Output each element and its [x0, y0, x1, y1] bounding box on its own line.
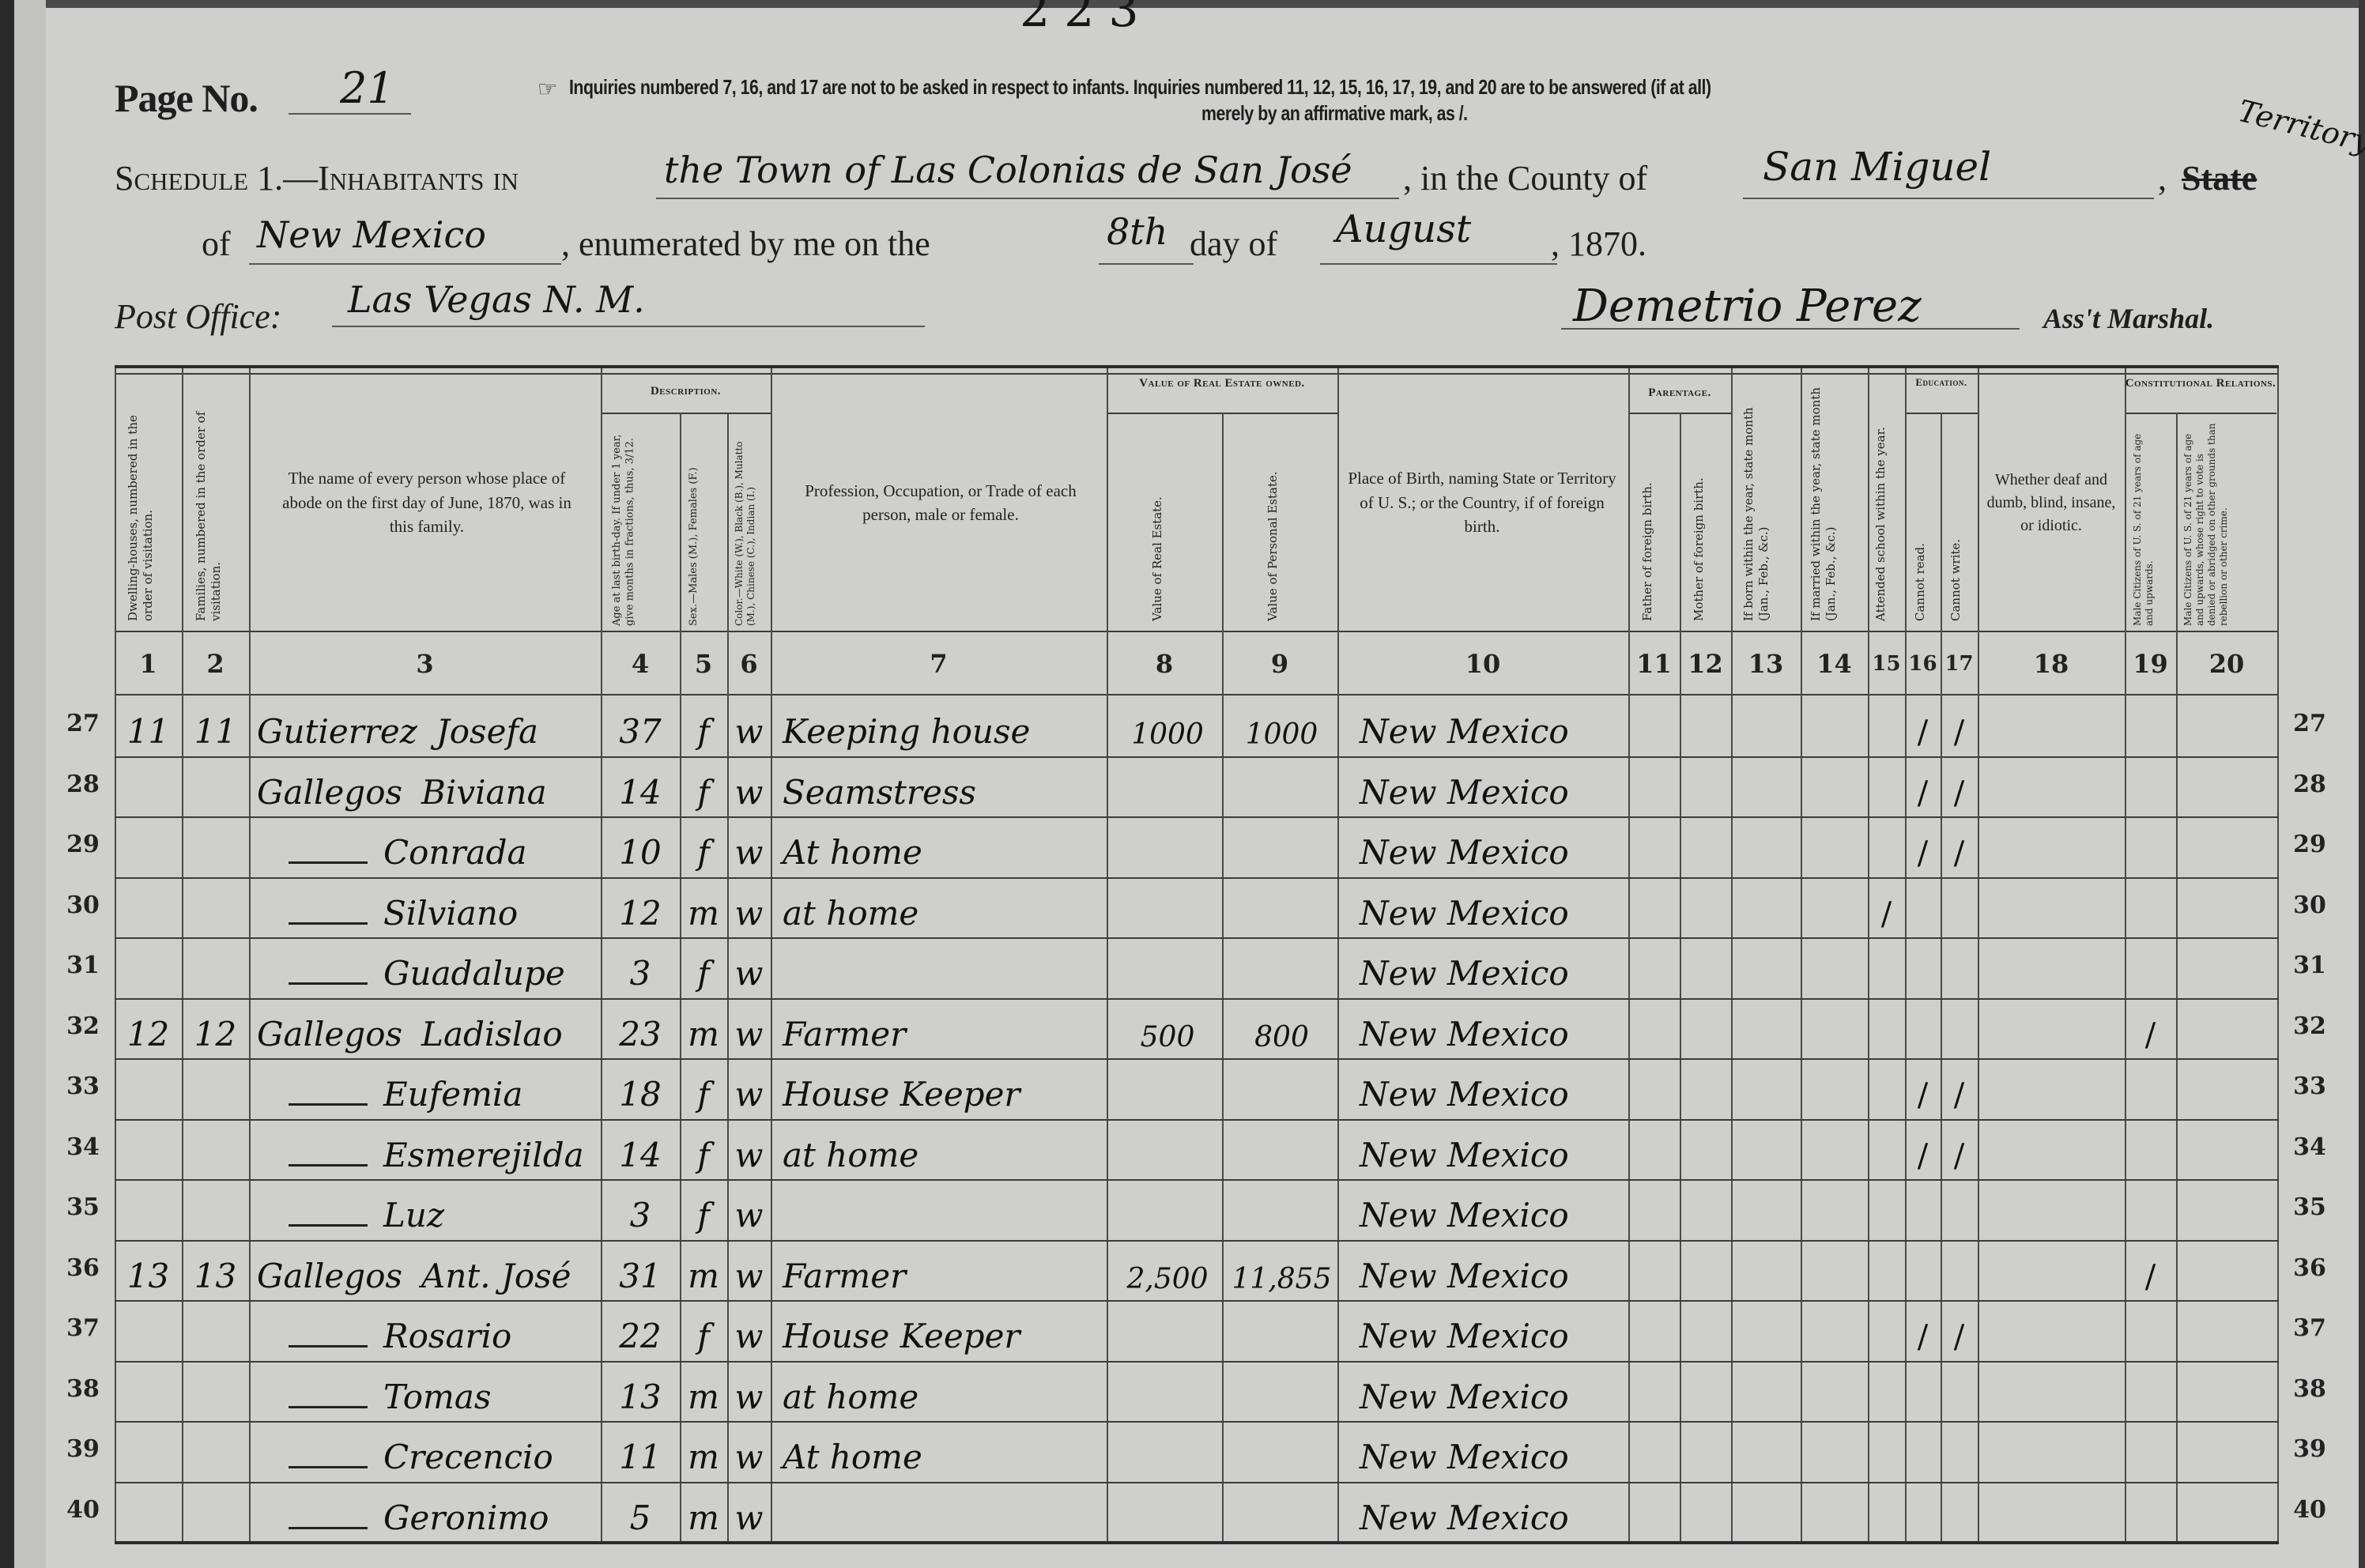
- ditto-mark: [289, 1345, 368, 1347]
- stamp-number: 223: [1020, 0, 1153, 38]
- cell-name: Esmerejilda: [257, 1119, 597, 1179]
- cell-sex: f: [680, 816, 727, 876]
- ditto-mark: [289, 1103, 368, 1106]
- line-number-right: 34: [2286, 1133, 2333, 1161]
- cell-birthplace: New Mexico: [1360, 816, 1628, 876]
- cell-birthplace: New Mexico: [1360, 1058, 1628, 1118]
- column-number: 4: [601, 632, 680, 695]
- col-rule: [1107, 368, 1108, 1543]
- cell-color: w: [727, 1300, 771, 1360]
- cell-birthplace: New Mexico: [1360, 937, 1628, 997]
- cell-occupation: Farmer: [783, 1240, 1107, 1300]
- header-personal-estate: Value of Personal Estate.: [1265, 424, 1297, 621]
- column-number: 5: [680, 632, 727, 695]
- cell-cannot-read: /: [1905, 756, 1941, 816]
- line-number-left: 29: [59, 831, 107, 858]
- cell-real-estate: 1000: [1112, 695, 1223, 756]
- col-rule: [1222, 413, 1224, 1543]
- cell-occupation: at home: [783, 877, 1107, 937]
- header-dwelling: Dwelling-houses, numbered in the order o…: [126, 384, 173, 621]
- post-office-value: Las Vegas N. M.: [348, 278, 645, 321]
- cell-citizen: /: [2125, 1240, 2176, 1300]
- header-occupation: Profession, Occupation, or Trade of each…: [794, 400, 1087, 605]
- col-rule: [2176, 413, 2178, 1543]
- column-number: 2: [182, 632, 249, 695]
- cell-birthplace: New Mexico: [1360, 998, 1628, 1058]
- cell-age: 14: [601, 1119, 680, 1179]
- line-number-left: 40: [59, 1496, 107, 1524]
- column-number: 11: [1628, 632, 1680, 695]
- col-rule: [1801, 368, 1802, 1543]
- cell-family: 12: [182, 998, 249, 1058]
- description-group-rule: [601, 413, 771, 414]
- cell-name: Tomas: [257, 1361, 597, 1421]
- of-label: of: [202, 224, 231, 264]
- page-right-edge: [2359, 0, 2365, 1568]
- cell-birthplace: New Mexico: [1360, 1421, 1628, 1481]
- column-number: 9: [1222, 632, 1337, 695]
- cell-birthplace: New Mexico: [1360, 1361, 1628, 1421]
- cell-cannot-write: /: [1941, 1058, 1978, 1118]
- line-number-left: 32: [59, 1012, 107, 1040]
- header-name: The name of every person whose place of …: [273, 400, 581, 605]
- year-label: , 1870.: [1551, 224, 1646, 264]
- line-number-left: 38: [59, 1375, 107, 1403]
- line-number-left: 33: [59, 1072, 107, 1100]
- surname: Gallegos: [257, 1257, 402, 1295]
- line-number-right: 35: [2286, 1193, 2333, 1221]
- column-number: 16: [1905, 632, 1941, 695]
- header-male-citizens: Male Citizens of U. S. of 21 years of ag…: [2132, 420, 2173, 626]
- surname: Gallegos: [257, 773, 402, 812]
- given-name: Luz: [383, 1196, 444, 1234]
- given-name: Crecencio: [383, 1438, 553, 1476]
- cell-occupation: at home: [783, 1119, 1107, 1179]
- group-education: Education.: [1905, 376, 1978, 389]
- column-number: 12: [1680, 632, 1731, 695]
- given-name: Silviano: [383, 894, 518, 933]
- cell-age: 3: [601, 937, 680, 997]
- comma: ,: [2158, 158, 2167, 198]
- census-table: Description. Value of Real Estate owned.…: [115, 368, 2279, 1543]
- cell-color: w: [727, 1058, 771, 1118]
- cell-color: w: [727, 937, 771, 997]
- given-name: Esmerejilda: [383, 1136, 584, 1174]
- state-struck-label: State: [2182, 158, 2257, 198]
- cell-cannot-write: /: [1941, 1300, 1978, 1360]
- cell-age: 37: [601, 695, 680, 756]
- line-number-right: 39: [2286, 1435, 2333, 1463]
- col-rule: [249, 368, 251, 1543]
- cell-name: Gutierrez Josefa: [257, 695, 597, 756]
- page-number-label: Page No.: [115, 75, 258, 121]
- column-number: 10: [1337, 632, 1628, 695]
- state-value: New Mexico: [257, 213, 486, 256]
- given-name: Josefa: [436, 712, 538, 751]
- cell-age: 10: [601, 816, 680, 876]
- cell-age: 31: [601, 1240, 680, 1300]
- cell-dwelling: 11: [115, 695, 182, 756]
- cell-age: 12: [601, 877, 680, 937]
- line-number-left: 30: [59, 891, 107, 919]
- cell-birthplace: New Mexico: [1360, 1179, 1628, 1239]
- cell-age: 3: [601, 1179, 680, 1239]
- column-number: 8: [1107, 632, 1222, 695]
- schedule-label: Schedule 1.—Inhabitants in: [115, 158, 519, 198]
- given-name: Guadalupe: [383, 954, 565, 993]
- cell-age: 23: [601, 998, 680, 1058]
- given-name: Geronimo: [383, 1498, 549, 1537]
- marshal-signature: Demetrio Perez: [1573, 281, 1922, 332]
- ditto-mark: [289, 1224, 368, 1227]
- cell-cannot-write: /: [1941, 1119, 1978, 1179]
- cell-sex: f: [680, 1179, 727, 1239]
- cell-sex: f: [680, 1119, 727, 1179]
- table-top-rule: [115, 365, 2279, 368]
- column-number: 13: [1731, 632, 1801, 695]
- cell-birthplace: New Mexico: [1360, 1482, 1628, 1542]
- cell-color: w: [727, 756, 771, 816]
- post-office-label: Post Office:: [115, 296, 281, 337]
- cell-age: 14: [601, 756, 680, 816]
- instructions-line-1: Inquiries numbered 7, 16, and 17 are not…: [569, 75, 1711, 100]
- cell-occupation: At home: [783, 1421, 1107, 1481]
- ditto-mark: [289, 982, 368, 985]
- cell-dwelling: 13: [115, 1240, 182, 1300]
- header-sex: Sex.—Males (M.), Females (F.): [688, 420, 723, 626]
- ditto-mark: [289, 1466, 368, 1468]
- cell-birthplace: New Mexico: [1360, 1300, 1628, 1360]
- cell-name: Silviano: [257, 877, 597, 937]
- col-rule: [2277, 368, 2279, 1543]
- line-number-left: 36: [59, 1254, 107, 1282]
- line-number-right: 27: [2286, 710, 2333, 737]
- given-name: Rosario: [383, 1317, 511, 1355]
- given-name: Eufemia: [383, 1075, 522, 1114]
- cell-name: Gallegos Ladislao: [257, 998, 597, 1058]
- line-number-left: 35: [59, 1193, 107, 1221]
- line-number-left: 27: [59, 710, 107, 737]
- cell-birthplace: New Mexico: [1360, 1240, 1628, 1300]
- column-number: 19: [2125, 632, 2176, 695]
- cell-color: w: [727, 1482, 771, 1542]
- locality-value: the Town of Las Colonias de San José: [664, 149, 1352, 191]
- signature-underline: [1561, 328, 2020, 330]
- cell-sex: m: [680, 1240, 727, 1300]
- cell-dwelling: 12: [115, 998, 182, 1058]
- cell-name: Gallegos Ant. José: [257, 1240, 597, 1300]
- col-rule: [1337, 368, 1339, 1543]
- line-number-right: 33: [2286, 1072, 2333, 1100]
- header-attended-school: Attended school within the year.: [1873, 384, 1901, 621]
- column-number: 3: [249, 632, 601, 695]
- line-number-right: 32: [2286, 1012, 2333, 1040]
- cell-personal-estate: 11,855: [1226, 1240, 1337, 1300]
- cell-family: 11: [182, 695, 249, 756]
- col-rule: [1680, 413, 1681, 1543]
- cell-occupation: House Keeper: [783, 1058, 1107, 1118]
- cell-real-estate: 2,500: [1112, 1240, 1223, 1300]
- cell-occupation: House Keeper: [783, 1300, 1107, 1360]
- day-value: 8th: [1107, 210, 1167, 253]
- given-name: Biviana: [421, 773, 547, 812]
- cell-cannot-read: /: [1905, 1058, 1941, 1118]
- column-number: 7: [771, 632, 1107, 695]
- table-top-rule-2: [115, 373, 2279, 375]
- cell-sex: f: [680, 756, 727, 816]
- line-number-right: 29: [2286, 831, 2333, 858]
- cell-personal-estate: 1000: [1226, 695, 1337, 756]
- cell-color: w: [727, 1179, 771, 1239]
- cell-name: Geronimo: [257, 1482, 597, 1542]
- cell-sex: f: [680, 695, 727, 756]
- cell-birthplace: New Mexico: [1360, 877, 1628, 937]
- cell-color: w: [727, 998, 771, 1058]
- column-number: 14: [1801, 632, 1868, 695]
- header-real-estate: Value of Real Estate.: [1150, 424, 1182, 621]
- locality-underline: [656, 198, 1399, 199]
- header-cannot-read: Cannot read.: [1913, 424, 1937, 621]
- line-number-right: 28: [2286, 771, 2333, 798]
- cell-sex: f: [680, 937, 727, 997]
- cell-sex: m: [680, 1482, 727, 1542]
- enumerated-label: , enumerated by me on the: [561, 224, 930, 264]
- cell-real-estate: 500: [1112, 998, 1223, 1058]
- header-mother-foreign: Mother of foreign birth.: [1692, 424, 1723, 621]
- cell-birthplace: New Mexico: [1360, 756, 1628, 816]
- col-rule: [1905, 368, 1907, 1543]
- column-number: 15: [1868, 632, 1905, 695]
- page-number-underline: [289, 113, 411, 115]
- cell-cannot-read: /: [1905, 816, 1941, 876]
- header-age: Age at last birth-day. If under 1 year, …: [611, 420, 674, 626]
- cell-cannot-write: /: [1941, 756, 1978, 816]
- constitutional-group-rule: [2125, 413, 2276, 414]
- cell-name: Crecencio: [257, 1421, 597, 1481]
- given-name: Conrada: [383, 833, 527, 872]
- line-number-right: 36: [2286, 1254, 2333, 1282]
- marshal-label: Ass't Marshal.: [2043, 302, 2214, 335]
- cell-age: 18: [601, 1058, 680, 1118]
- given-name: Ant. José: [421, 1257, 571, 1295]
- cell-occupation: At home: [783, 816, 1107, 876]
- cell-color: w: [727, 1421, 771, 1481]
- instructions-line-2: merely by an affirmative mark, as /.: [1201, 101, 1468, 126]
- cell-color: w: [727, 1119, 771, 1179]
- page-binding-edge: [0, 0, 14, 1568]
- cell-color: w: [727, 1240, 771, 1300]
- cell-school: /: [1868, 877, 1905, 937]
- month-value: August: [1336, 207, 1471, 251]
- header-family: Families, numbered in the order of visit…: [194, 384, 241, 621]
- group-real-estate: Value of Real Estate owned.: [1107, 376, 1337, 390]
- col-rule: [771, 368, 772, 1543]
- cell-sex: m: [680, 998, 727, 1058]
- column-number: 17: [1941, 632, 1978, 695]
- county-underline: [1743, 198, 2154, 199]
- cell-sex: m: [680, 1361, 727, 1421]
- cell-cannot-read: /: [1905, 1300, 1941, 1360]
- col-rule: [2125, 368, 2126, 1543]
- col-rule: [1731, 368, 1733, 1543]
- header-disability: Whether deaf and dumb, blind, insane, or…: [1980, 400, 2122, 605]
- cell-age: 11: [601, 1421, 680, 1481]
- column-number: 18: [1978, 632, 2125, 695]
- header-father-foreign: Father of foreign birth.: [1640, 424, 1672, 621]
- group-parentage: Parentage.: [1628, 386, 1731, 400]
- territory-annotation: Territory: [2235, 93, 2365, 160]
- ditto-mark: [289, 1527, 368, 1529]
- line-number-left: 37: [59, 1314, 107, 1342]
- cell-sex: f: [680, 1058, 727, 1118]
- cell-name: Conrada: [257, 816, 597, 876]
- line-number-left: 31: [59, 952, 107, 979]
- cell-sex: f: [680, 1300, 727, 1360]
- line-number-left: 28: [59, 771, 107, 798]
- day-of-label: day of: [1190, 224, 1277, 264]
- cell-occupation: Keeping house: [783, 695, 1107, 756]
- county-label: , in the County of: [1403, 158, 1647, 198]
- ditto-mark: [289, 861, 368, 864]
- cell-occupation: Seamstress: [783, 756, 1107, 816]
- cell-family: 13: [182, 1240, 249, 1300]
- column-number: 6: [727, 632, 771, 695]
- cell-birthplace: New Mexico: [1360, 695, 1628, 756]
- cell-color: w: [727, 1361, 771, 1421]
- month-underline: [1320, 263, 1557, 265]
- cell-name: Eufemia: [257, 1058, 597, 1118]
- surname: Gallegos: [257, 1015, 402, 1053]
- page-number-value: 21: [340, 63, 394, 113]
- cell-color: w: [727, 816, 771, 876]
- given-name: Tomas: [383, 1378, 491, 1416]
- ditto-mark: [289, 1164, 368, 1167]
- line-number-right: 37: [2286, 1314, 2333, 1342]
- day-underline: [1099, 263, 1194, 265]
- header-denied-vote: Male Citizens of U. S. of 21 years of ag…: [2182, 420, 2271, 626]
- cell-occupation: at home: [783, 1361, 1107, 1421]
- page-margin-shadow: [14, 0, 46, 1568]
- col-rule: [1978, 368, 1979, 1543]
- cell-sex: m: [680, 877, 727, 937]
- cell-color: w: [727, 695, 771, 756]
- cell-cannot-write: /: [1941, 816, 1978, 876]
- surname: Gutierrez: [257, 712, 417, 751]
- cell-age: 22: [601, 1300, 680, 1360]
- line-number-right: 30: [2286, 891, 2333, 919]
- cell-cannot-read: /: [1905, 1119, 1941, 1179]
- cell-cannot-write: /: [1941, 695, 1978, 756]
- line-number-left: 34: [59, 1133, 107, 1161]
- cell-name: Guadalupe: [257, 937, 597, 997]
- ditto-mark: [289, 922, 368, 925]
- given-name: Ladislao: [421, 1015, 563, 1053]
- header-married-within-year: If married within the year, state month …: [1809, 384, 1860, 621]
- cell-birthplace: New Mexico: [1360, 1119, 1628, 1179]
- col-rule: [1868, 368, 1869, 1543]
- cell-personal-estate: 800: [1226, 998, 1337, 1058]
- page-top-edge: [0, 0, 2365, 8]
- cell-age: 13: [601, 1361, 680, 1421]
- header-cannot-write: Cannot write.: [1948, 424, 1972, 621]
- cell-age: 5: [601, 1482, 680, 1542]
- ditto-mark: [289, 1406, 368, 1408]
- cell-cannot-read: /: [1905, 695, 1941, 756]
- col-rule: [182, 368, 183, 1543]
- column-number: 1: [115, 632, 182, 695]
- post-office-underline: [332, 326, 925, 327]
- state-underline: [249, 263, 561, 265]
- col-rule: [1941, 413, 1942, 1543]
- group-description: Description.: [601, 384, 771, 398]
- county-value: San Miguel: [1763, 144, 1991, 190]
- line-number-left: 39: [59, 1435, 107, 1463]
- cell-name: Gallegos Biviana: [257, 756, 597, 816]
- column-number: 20: [2176, 632, 2277, 695]
- cell-color: w: [727, 877, 771, 937]
- line-number-right: 31: [2286, 952, 2333, 979]
- cell-citizen: /: [2125, 998, 2176, 1058]
- table-bottom-rule: [115, 1541, 2279, 1544]
- header-born-within-year: If born within the year, state month (Ja…: [1741, 384, 1793, 621]
- cell-name: Rosario: [257, 1300, 597, 1360]
- col-rule: [115, 368, 116, 1543]
- col-rule: [1628, 368, 1630, 1543]
- cell-name: Luz: [257, 1179, 597, 1239]
- cell-occupation: Farmer: [783, 998, 1107, 1058]
- header-color: Color.—White (W.), Black (B.), Mulatto (…: [734, 420, 769, 626]
- line-number-right: 38: [2286, 1375, 2333, 1403]
- pointing-hand-icon: ☞: [537, 76, 557, 102]
- header-birthplace: Place of Birth, naming State or Territor…: [1348, 400, 1616, 605]
- group-constitutional: Constitutional Relations.: [2125, 376, 2276, 390]
- line-number-right: 40: [2286, 1496, 2333, 1524]
- cell-sex: m: [680, 1421, 727, 1481]
